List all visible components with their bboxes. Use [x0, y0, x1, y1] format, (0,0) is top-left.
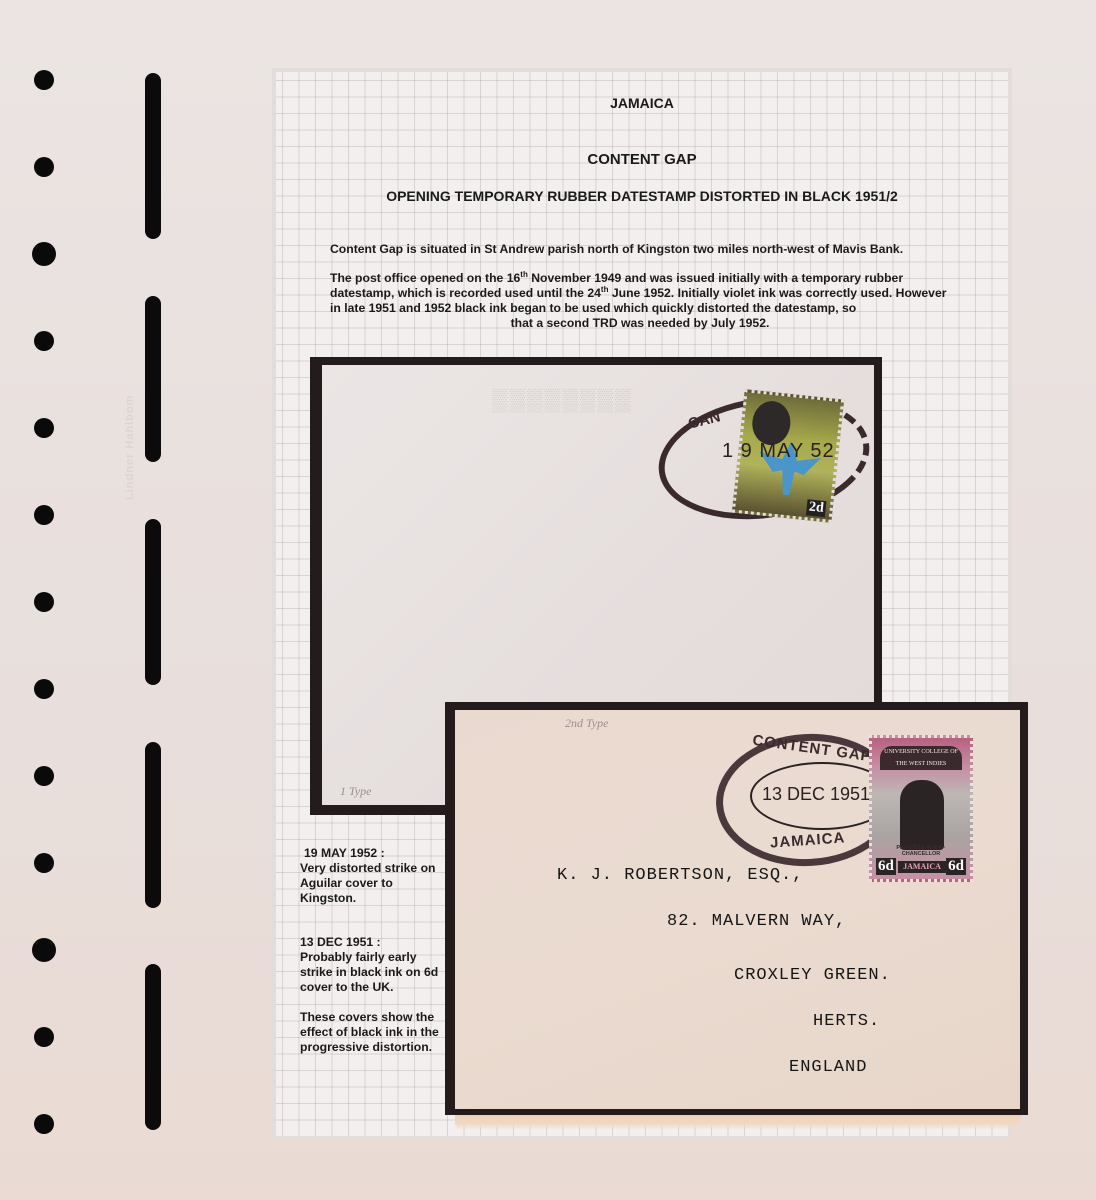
note-3: These covers show the effect of black in… — [300, 1010, 450, 1055]
note-1: 19 MAY 1952 : Very distorted strike on A… — [300, 846, 450, 906]
intro-paragraph-2: The post office opened on the 16th Novem… — [330, 271, 950, 331]
stamp-legend: PRINCESS ALICE · CHANCELLOR — [878, 845, 964, 857]
office-heading: CONTENT GAP — [272, 151, 1012, 168]
cover-1-postmark-date: 1 9 MAY 52 — [722, 440, 835, 463]
binder-hole — [32, 242, 56, 266]
binder-hole — [34, 331, 54, 351]
country-heading: JAMAICA — [272, 95, 1012, 111]
address-line-1: K. J. ROBERTSON, ESQ., — [557, 866, 803, 885]
binder-hole — [34, 157, 54, 177]
album-watermark: Lindner Hahlbom — [124, 395, 136, 500]
binder-hole — [34, 679, 54, 699]
subject-heading: OPENING TEMPORARY RUBBER DATESTAMP DISTO… — [272, 188, 1012, 204]
binder-hole — [34, 70, 54, 90]
cover-notes: 19 MAY 1952 : Very distorted strike on A… — [300, 846, 450, 1070]
binder-hole — [34, 1114, 54, 1134]
binder-slot — [145, 73, 161, 239]
stamp-value-left: 6d — [876, 858, 896, 875]
cover-1-pencil-note: 1 Type — [340, 784, 371, 799]
superscript: th — [520, 270, 528, 279]
cover-2-pencil-note: 2nd Type — [565, 716, 608, 731]
address-line-3: CROXLEY GREEN. — [734, 966, 891, 985]
binder-slot — [145, 964, 161, 1130]
binder-slot — [145, 296, 161, 462]
note-date: 13 DEC 1951 : — [300, 935, 381, 949]
binder-hole — [34, 505, 54, 525]
note-text: Probably fairly early strike in black in… — [300, 950, 438, 994]
note-text: These covers show the effect of black in… — [300, 1010, 439, 1054]
binder-slot — [145, 742, 161, 908]
binder-slot — [145, 519, 161, 685]
binder-hole — [34, 418, 54, 438]
intro-text-segment: The post office opened on the 16 — [330, 271, 520, 285]
stamp-country: JAMAICA — [898, 861, 946, 873]
intro-text-segment: that a second TRD was needed by July 195… — [330, 316, 950, 331]
binder-hole — [32, 938, 56, 962]
address-line-4: HERTS. — [813, 1012, 880, 1031]
stamp-value: 2d — [806, 499, 826, 517]
note-date: 19 MAY 1952 : — [300, 846, 385, 860]
binder-hole — [34, 1027, 54, 1047]
intro-paragraph-1: Content Gap is situated in St Andrew par… — [330, 242, 950, 257]
cover-2-postmark-date: 13 DEC 1951 — [762, 784, 870, 805]
note-2: 13 DEC 1951 : Probably fairly early stri… — [300, 935, 450, 995]
binder-hole — [34, 766, 54, 786]
cover-1-faint-imprint: ▒▒▒▒▒▒▒▒ — [492, 387, 633, 413]
address-line-2: 82. MALVERN WAY, — [667, 912, 846, 931]
stamp-value-right: 6d — [946, 858, 966, 875]
intro-text: Content Gap is situated in St Andrew par… — [330, 242, 950, 345]
stamp-figure — [900, 780, 944, 850]
cover-2-stamp-6d: UNIVERSITY COLLEGE OF THE WEST INDIES PR… — [869, 735, 973, 882]
binder-hole — [34, 853, 54, 873]
binder-hole — [34, 592, 54, 612]
note-text: Very distorted strike on Aguilar cover t… — [300, 861, 435, 905]
address-line-5: ENGLAND — [789, 1058, 867, 1077]
stamp-caption: UNIVERSITY COLLEGE OF THE WEST INDIES — [880, 746, 962, 770]
